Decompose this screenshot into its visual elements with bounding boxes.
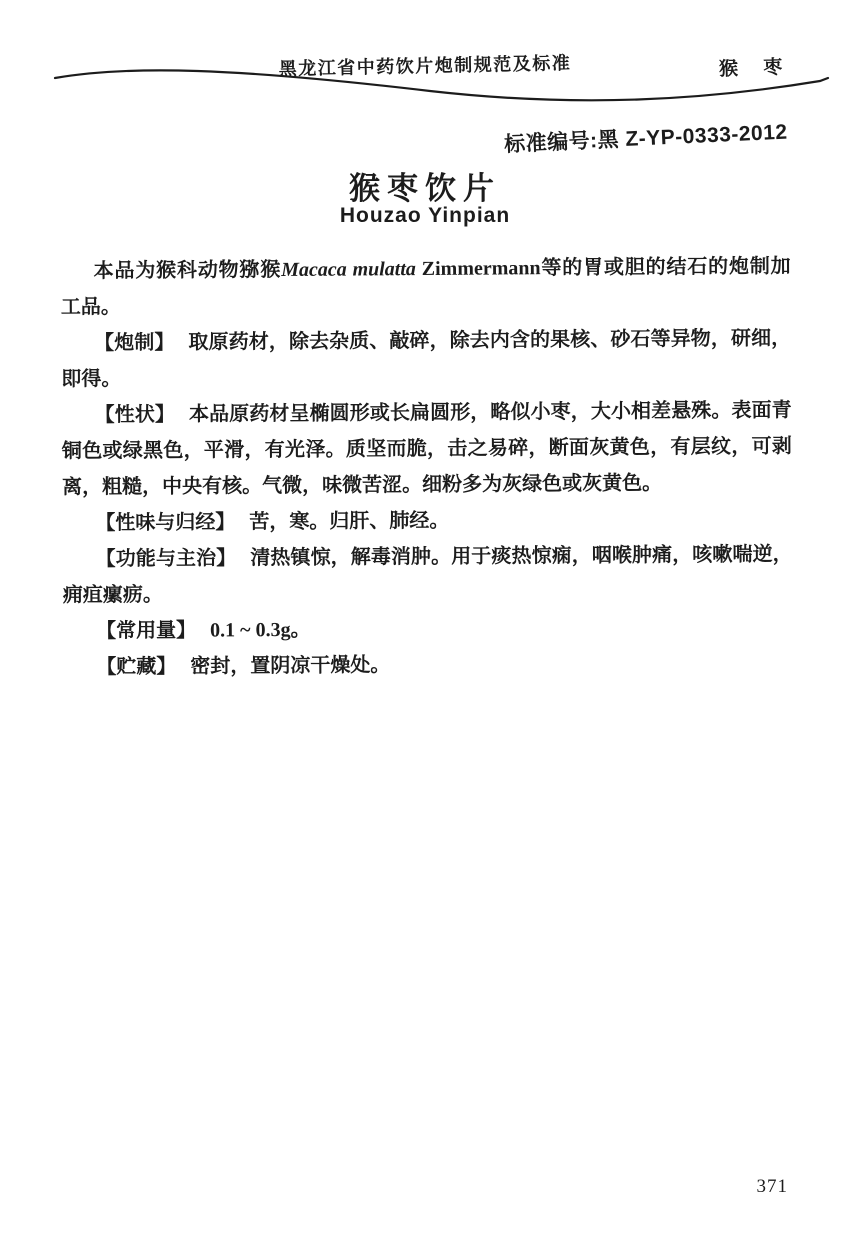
intro-paragraph: 本品为猴科动物猕猴Macaca mulatta Zimmermann等的胃或胆的… xyxy=(61,248,791,325)
section-xingwei-guijing: 【性味与归经】苦，寒。归肝、肺经。 xyxy=(62,500,792,541)
section-label-gongneng-zhuzhi: 【功能与主治】 xyxy=(96,547,237,570)
section-gongneng-zhuzhi: 【功能与主治】清热镇惊，解毒消肿。用于痰热惊痫，咽喉肿痛，咳嗽喘逆，痈疽瘰疬。 xyxy=(63,536,793,613)
section-text-zhucang: 密封，置阴凉干燥处。 xyxy=(190,654,390,677)
section-label-changyongliang: 【常用量】 xyxy=(96,620,196,643)
section-text-xingwei-guijing: 苦，寒。归肝、肺经。 xyxy=(249,510,449,533)
page-title: 猴枣饮片 xyxy=(0,163,850,208)
standard-number: 标准编号:黑 Z-YP-0333-2012 xyxy=(504,116,789,159)
section-paozhi: 【炮制】取原药材，除去杂质、敲碎，除去内含的果核、砂石等异物，研细，即得。 xyxy=(61,320,791,397)
section-zhucang: 【贮藏】密封，置阴凉干燥处。 xyxy=(63,644,793,685)
section-xingzhuang: 【性状】本品原药材呈椭圆形或长扁圆形，略似小枣，大小相差悬殊。表面青铜色或绿黑色… xyxy=(62,392,793,505)
section-label-paozhi: 【炮制】 xyxy=(94,332,175,355)
section-label-xingwei-guijing: 【性味与归经】 xyxy=(95,511,235,534)
latin-species-name: Macaca mulatta xyxy=(281,258,416,281)
page-number: 371 xyxy=(757,1176,789,1198)
section-changyongliang: 【常用量】0.1 ~ 0.3g。 xyxy=(63,608,793,649)
section-label-xingzhuang: 【性状】 xyxy=(95,404,176,427)
document-body: 本品为猴科动物猕猴Macaca mulatta Zimmermann等的胃或胆的… xyxy=(61,248,794,685)
header-wavy-rule xyxy=(0,48,850,118)
scanned-document-page: 黑龙江省中药饮片炮制规范及标准 猴 枣 标准编号:黑 Z-YP-0333-201… xyxy=(0,0,850,1254)
latin-author-name: Zimmermann xyxy=(416,257,541,280)
page-title-pinyin: Houzao Yinpian xyxy=(0,204,850,228)
section-label-zhucang: 【贮藏】 xyxy=(96,656,176,679)
section-text-changyongliang: 0.1 ~ 0.3g。 xyxy=(210,619,311,642)
intro-prefix: 本品为猴科动物猕猴 xyxy=(94,259,282,282)
